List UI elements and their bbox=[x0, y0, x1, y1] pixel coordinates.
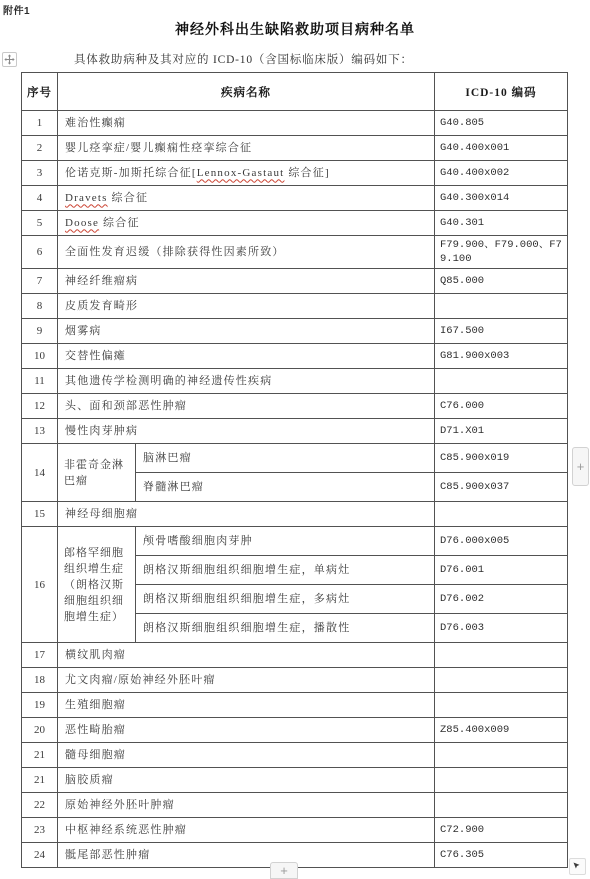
disease-text: 综合征 bbox=[108, 192, 149, 204]
attachment-label[interactable]: 附件1 bbox=[3, 2, 30, 17]
row-number-cell[interactable]: 1 bbox=[22, 111, 58, 136]
icd-code-cell[interactable] bbox=[435, 502, 568, 527]
icd-code-cell[interactable] bbox=[435, 768, 568, 793]
disease-name-cell[interactable]: 生殖细胞瘤 bbox=[58, 693, 435, 718]
disease-group-cell[interactable]: 郎格罕细胞组织增生症（朗格汉斯细胞组织细胞增生症） bbox=[58, 527, 136, 643]
icd-code-cell[interactable] bbox=[435, 294, 568, 319]
table-row: 22原始神经外胚叶肿瘤 bbox=[22, 793, 568, 818]
icd-code-cell[interactable]: C85.900x037 bbox=[435, 473, 568, 502]
icd-code-cell[interactable]: D76.000x005 bbox=[435, 527, 568, 556]
disease-name-cell[interactable]: 骶尾部恶性肿瘤 bbox=[58, 843, 435, 868]
row-number-cell[interactable]: 4 bbox=[22, 186, 58, 211]
table-row: 8皮质发育畸形 bbox=[22, 294, 568, 319]
icd-code-cell[interactable]: F79.900、F79.000、F79.100 bbox=[435, 236, 568, 269]
disease-name-cell[interactable]: 难治性癫痫 bbox=[58, 111, 435, 136]
icd-code-cell[interactable]: G40.300x014 bbox=[435, 186, 568, 211]
table-row: 19生殖细胞瘤 bbox=[22, 693, 568, 718]
disease-name-cell[interactable]: 脑胶质瘤 bbox=[58, 768, 435, 793]
row-number-cell[interactable]: 8 bbox=[22, 294, 58, 319]
table-row: 14非霍奇金淋巴瘤脑淋巴瘤C85.900x019 bbox=[22, 444, 568, 473]
table-row: 21脑胶质瘤 bbox=[22, 768, 568, 793]
table-row: 5Doose 综合征G40.301 bbox=[22, 211, 568, 236]
table-resize-handle[interactable] bbox=[569, 858, 586, 875]
row-number-cell[interactable]: 5 bbox=[22, 211, 58, 236]
misspelled-word: Doose bbox=[65, 217, 99, 229]
row-number-cell[interactable]: 16 bbox=[22, 527, 58, 643]
icd-code-cell[interactable]: Z85.400x009 bbox=[435, 718, 568, 743]
icd-code-cell[interactable]: C72.900 bbox=[435, 818, 568, 843]
table-row: 18尤文肉瘤/原始神经外胚叶瘤 bbox=[22, 668, 568, 693]
row-number-cell[interactable]: 3 bbox=[22, 161, 58, 186]
row-number-cell[interactable]: 13 bbox=[22, 419, 58, 444]
icd-code-cell[interactable]: D76.003 bbox=[435, 614, 568, 643]
disease-name-cell[interactable]: 中枢神经系统恶性肿瘤 bbox=[58, 818, 435, 843]
icd-code-cell[interactable]: D76.001 bbox=[435, 556, 568, 585]
table-header-row: 序号 疾病名称 ICD-10 编码 bbox=[22, 73, 568, 111]
icd-code-cell[interactable] bbox=[435, 369, 568, 394]
header-icd[interactable]: ICD-10 编码 bbox=[435, 73, 568, 111]
plus-icon: + bbox=[280, 864, 288, 877]
icd-code-cell[interactable]: Q85.000 bbox=[435, 269, 568, 294]
row-number-cell[interactable]: 19 bbox=[22, 693, 58, 718]
table-row: 11其他遗传学检测明确的神经遗传性疾病 bbox=[22, 369, 568, 394]
table-row: 17横纹肌肉瘤 bbox=[22, 643, 568, 668]
disease-name-cell[interactable]: 慢性肉芽肿病 bbox=[58, 419, 435, 444]
table-move-handle[interactable] bbox=[2, 52, 17, 67]
header-disease[interactable]: 疾病名称 bbox=[58, 73, 435, 111]
row-number-cell[interactable]: 23 bbox=[22, 818, 58, 843]
row-number-cell[interactable]: 17 bbox=[22, 643, 58, 668]
disease-name-cell[interactable]: 恶性畸胎瘤 bbox=[58, 718, 435, 743]
row-number-cell[interactable]: 15 bbox=[22, 502, 58, 527]
disease-name-cell[interactable]: 尤文肉瘤/原始神经外胚叶瘤 bbox=[58, 668, 435, 693]
icd-code-cell[interactable]: C76.305 bbox=[435, 843, 568, 868]
disease-name-cell[interactable]: 髓母细胞瘤 bbox=[58, 743, 435, 768]
disease-name-cell[interactable]: 神经母细胞瘤 bbox=[58, 502, 435, 527]
row-number-cell[interactable]: 14 bbox=[22, 444, 58, 502]
disease-name-cell[interactable]: 伦诺克斯-加斯托综合征[Lennox-Gastaut 综合征] bbox=[58, 161, 435, 186]
icd-code-cell[interactable] bbox=[435, 643, 568, 668]
disease-name-cell[interactable]: 皮质发育畸形 bbox=[58, 294, 435, 319]
disease-name-cell[interactable]: 朗格汉斯细胞组织细胞增生症，多病灶 bbox=[136, 585, 435, 614]
row-number-cell[interactable]: 2 bbox=[22, 136, 58, 161]
icd-code-cell[interactable]: C85.900x019 bbox=[435, 444, 568, 473]
icd-code-cell[interactable]: D71.X01 bbox=[435, 419, 568, 444]
disease-name-cell[interactable]: 原始神经外胚叶肿瘤 bbox=[58, 793, 435, 818]
table-row: 12头、面和颈部恶性肿瘤C76.000 bbox=[22, 394, 568, 419]
row-number-cell[interactable]: 9 bbox=[22, 319, 58, 344]
disease-name-cell[interactable]: 其他遗传学检测明确的神经遗传性疾病 bbox=[58, 369, 435, 394]
move-icon bbox=[4, 54, 15, 65]
header-no[interactable]: 序号 bbox=[22, 73, 58, 111]
table-row: 16郎格罕细胞组织增生症（朗格汉斯细胞组织细胞增生症）颅骨嗜酸细胞肉芽肿D76.… bbox=[22, 527, 568, 556]
disease-name-cell[interactable]: 朗格汉斯细胞组织细胞增生症，单病灶 bbox=[136, 556, 435, 585]
disease-text: 综合征] bbox=[284, 167, 329, 179]
row-number-cell[interactable]: 11 bbox=[22, 369, 58, 394]
icd-code-cell[interactable] bbox=[435, 693, 568, 718]
icd-code-cell[interactable]: D76.002 bbox=[435, 585, 568, 614]
row-number-cell[interactable]: 18 bbox=[22, 668, 58, 693]
disease-name-cell[interactable]: 全面性发育迟缓（排除获得性因素所致） bbox=[58, 236, 435, 269]
row-number-cell[interactable]: 7 bbox=[22, 269, 58, 294]
table-row: 2婴儿痉挛症/婴儿癫痫性痉挛综合征G40.400x001 bbox=[22, 136, 568, 161]
disease-name-cell[interactable]: 横纹肌肉瘤 bbox=[58, 643, 435, 668]
icd-code-cell[interactable]: C76.000 bbox=[435, 394, 568, 419]
page-subtitle[interactable]: 具体救助病种及其对应的 ICD-10（含国标临床版）编码如下： bbox=[74, 51, 413, 67]
table-row: 20恶性畸胎瘤Z85.400x009 bbox=[22, 718, 568, 743]
disease-name-cell[interactable]: Dravets 综合征 bbox=[58, 186, 435, 211]
icd-code-cell[interactable]: G40.301 bbox=[435, 211, 568, 236]
table-row: 10交替性偏瘫G81.900x003 bbox=[22, 344, 568, 369]
disease-table: 序号 疾病名称 ICD-10 编码 1难治性癫痫G40.8052婴儿痉挛症/婴儿… bbox=[21, 72, 568, 868]
document-page: 附件1 神经外科出生缺陷救助项目病种名单 具体救助病种及其对应的 ICD-10（… bbox=[0, 0, 590, 879]
disease-table-body: 1难治性癫痫G40.8052婴儿痉挛症/婴儿癫痫性痉挛综合征G40.400x00… bbox=[22, 111, 568, 868]
nw-resize-arrow-icon bbox=[570, 861, 585, 870]
table-row: 13慢性肉芽肿病D71.X01 bbox=[22, 419, 568, 444]
icd-code-cell[interactable]: G40.400x001 bbox=[435, 136, 568, 161]
page-title[interactable]: 神经外科出生缺陷救助项目病种名单 bbox=[0, 19, 590, 39]
disease-name-cell[interactable]: 交替性偏瘫 bbox=[58, 344, 435, 369]
insert-column-button[interactable]: + bbox=[572, 447, 589, 486]
disease-name-cell[interactable]: 烟雾病 bbox=[58, 319, 435, 344]
row-number-cell[interactable]: 12 bbox=[22, 394, 58, 419]
disease-name-cell[interactable]: 脑淋巴瘤 bbox=[136, 444, 435, 473]
icd-code-cell[interactable] bbox=[435, 793, 568, 818]
disease-name-cell[interactable]: 神经纤维瘤病 bbox=[58, 269, 435, 294]
plus-icon: + bbox=[577, 460, 585, 473]
disease-name-cell[interactable]: 婴儿痉挛症/婴儿癫痫性痉挛综合征 bbox=[58, 136, 435, 161]
icd-code-cell[interactable]: I67.500 bbox=[435, 319, 568, 344]
disease-name-cell[interactable]: 颅骨嗜酸细胞肉芽肿 bbox=[136, 527, 435, 556]
table-row: 23中枢神经系统恶性肿瘤C72.900 bbox=[22, 818, 568, 843]
table-row: 6全面性发育迟缓（排除获得性因素所致）F79.900、F79.000、F79.1… bbox=[22, 236, 568, 269]
table-row: 1难治性癫痫G40.805 bbox=[22, 111, 568, 136]
disease-name-cell[interactable]: 头、面和颈部恶性肿瘤 bbox=[58, 394, 435, 419]
row-number-cell[interactable]: 6 bbox=[22, 236, 58, 269]
disease-name-cell[interactable]: 脊髓淋巴瘤 bbox=[136, 473, 435, 502]
row-number-cell[interactable]: 10 bbox=[22, 344, 58, 369]
row-number-cell[interactable]: 20 bbox=[22, 718, 58, 743]
table-row: 3伦诺克斯-加斯托综合征[Lennox-Gastaut 综合征]G40.400x… bbox=[22, 161, 568, 186]
disease-name-cell[interactable]: 朗格汉斯细胞组织细胞增生症，播散性 bbox=[136, 614, 435, 643]
table-row: 9烟雾病I67.500 bbox=[22, 319, 568, 344]
disease-text: 伦诺克斯-加斯托综合征[ bbox=[65, 167, 197, 179]
insert-row-button[interactable]: + bbox=[270, 862, 298, 879]
table-row: 15神经母细胞瘤 bbox=[22, 502, 568, 527]
row-number-cell[interactable]: 21 bbox=[22, 743, 58, 768]
row-number-cell[interactable]: 24 bbox=[22, 843, 58, 868]
table-row: 7神经纤维瘤病Q85.000 bbox=[22, 269, 568, 294]
icd-code-cell[interactable]: G40.805 bbox=[435, 111, 568, 136]
row-number-cell[interactable]: 22 bbox=[22, 793, 58, 818]
disease-group-cell[interactable]: 非霍奇金淋巴瘤 bbox=[58, 444, 136, 502]
misspelled-word: Dravets bbox=[65, 192, 108, 204]
icd-code-cell[interactable]: G40.400x002 bbox=[435, 161, 568, 186]
row-number-cell[interactable]: 21 bbox=[22, 768, 58, 793]
disease-name-cell[interactable]: Doose 综合征 bbox=[58, 211, 435, 236]
icd-code-cell[interactable] bbox=[435, 668, 568, 693]
misspelled-word: Lennox-Gastaut bbox=[197, 167, 285, 179]
icd-code-cell[interactable]: G81.900x003 bbox=[435, 344, 568, 369]
icd-code-cell[interactable] bbox=[435, 743, 568, 768]
table-row: 4Dravets 综合征G40.300x014 bbox=[22, 186, 568, 211]
disease-text: 综合征 bbox=[99, 217, 140, 229]
table-row: 21髓母细胞瘤 bbox=[22, 743, 568, 768]
